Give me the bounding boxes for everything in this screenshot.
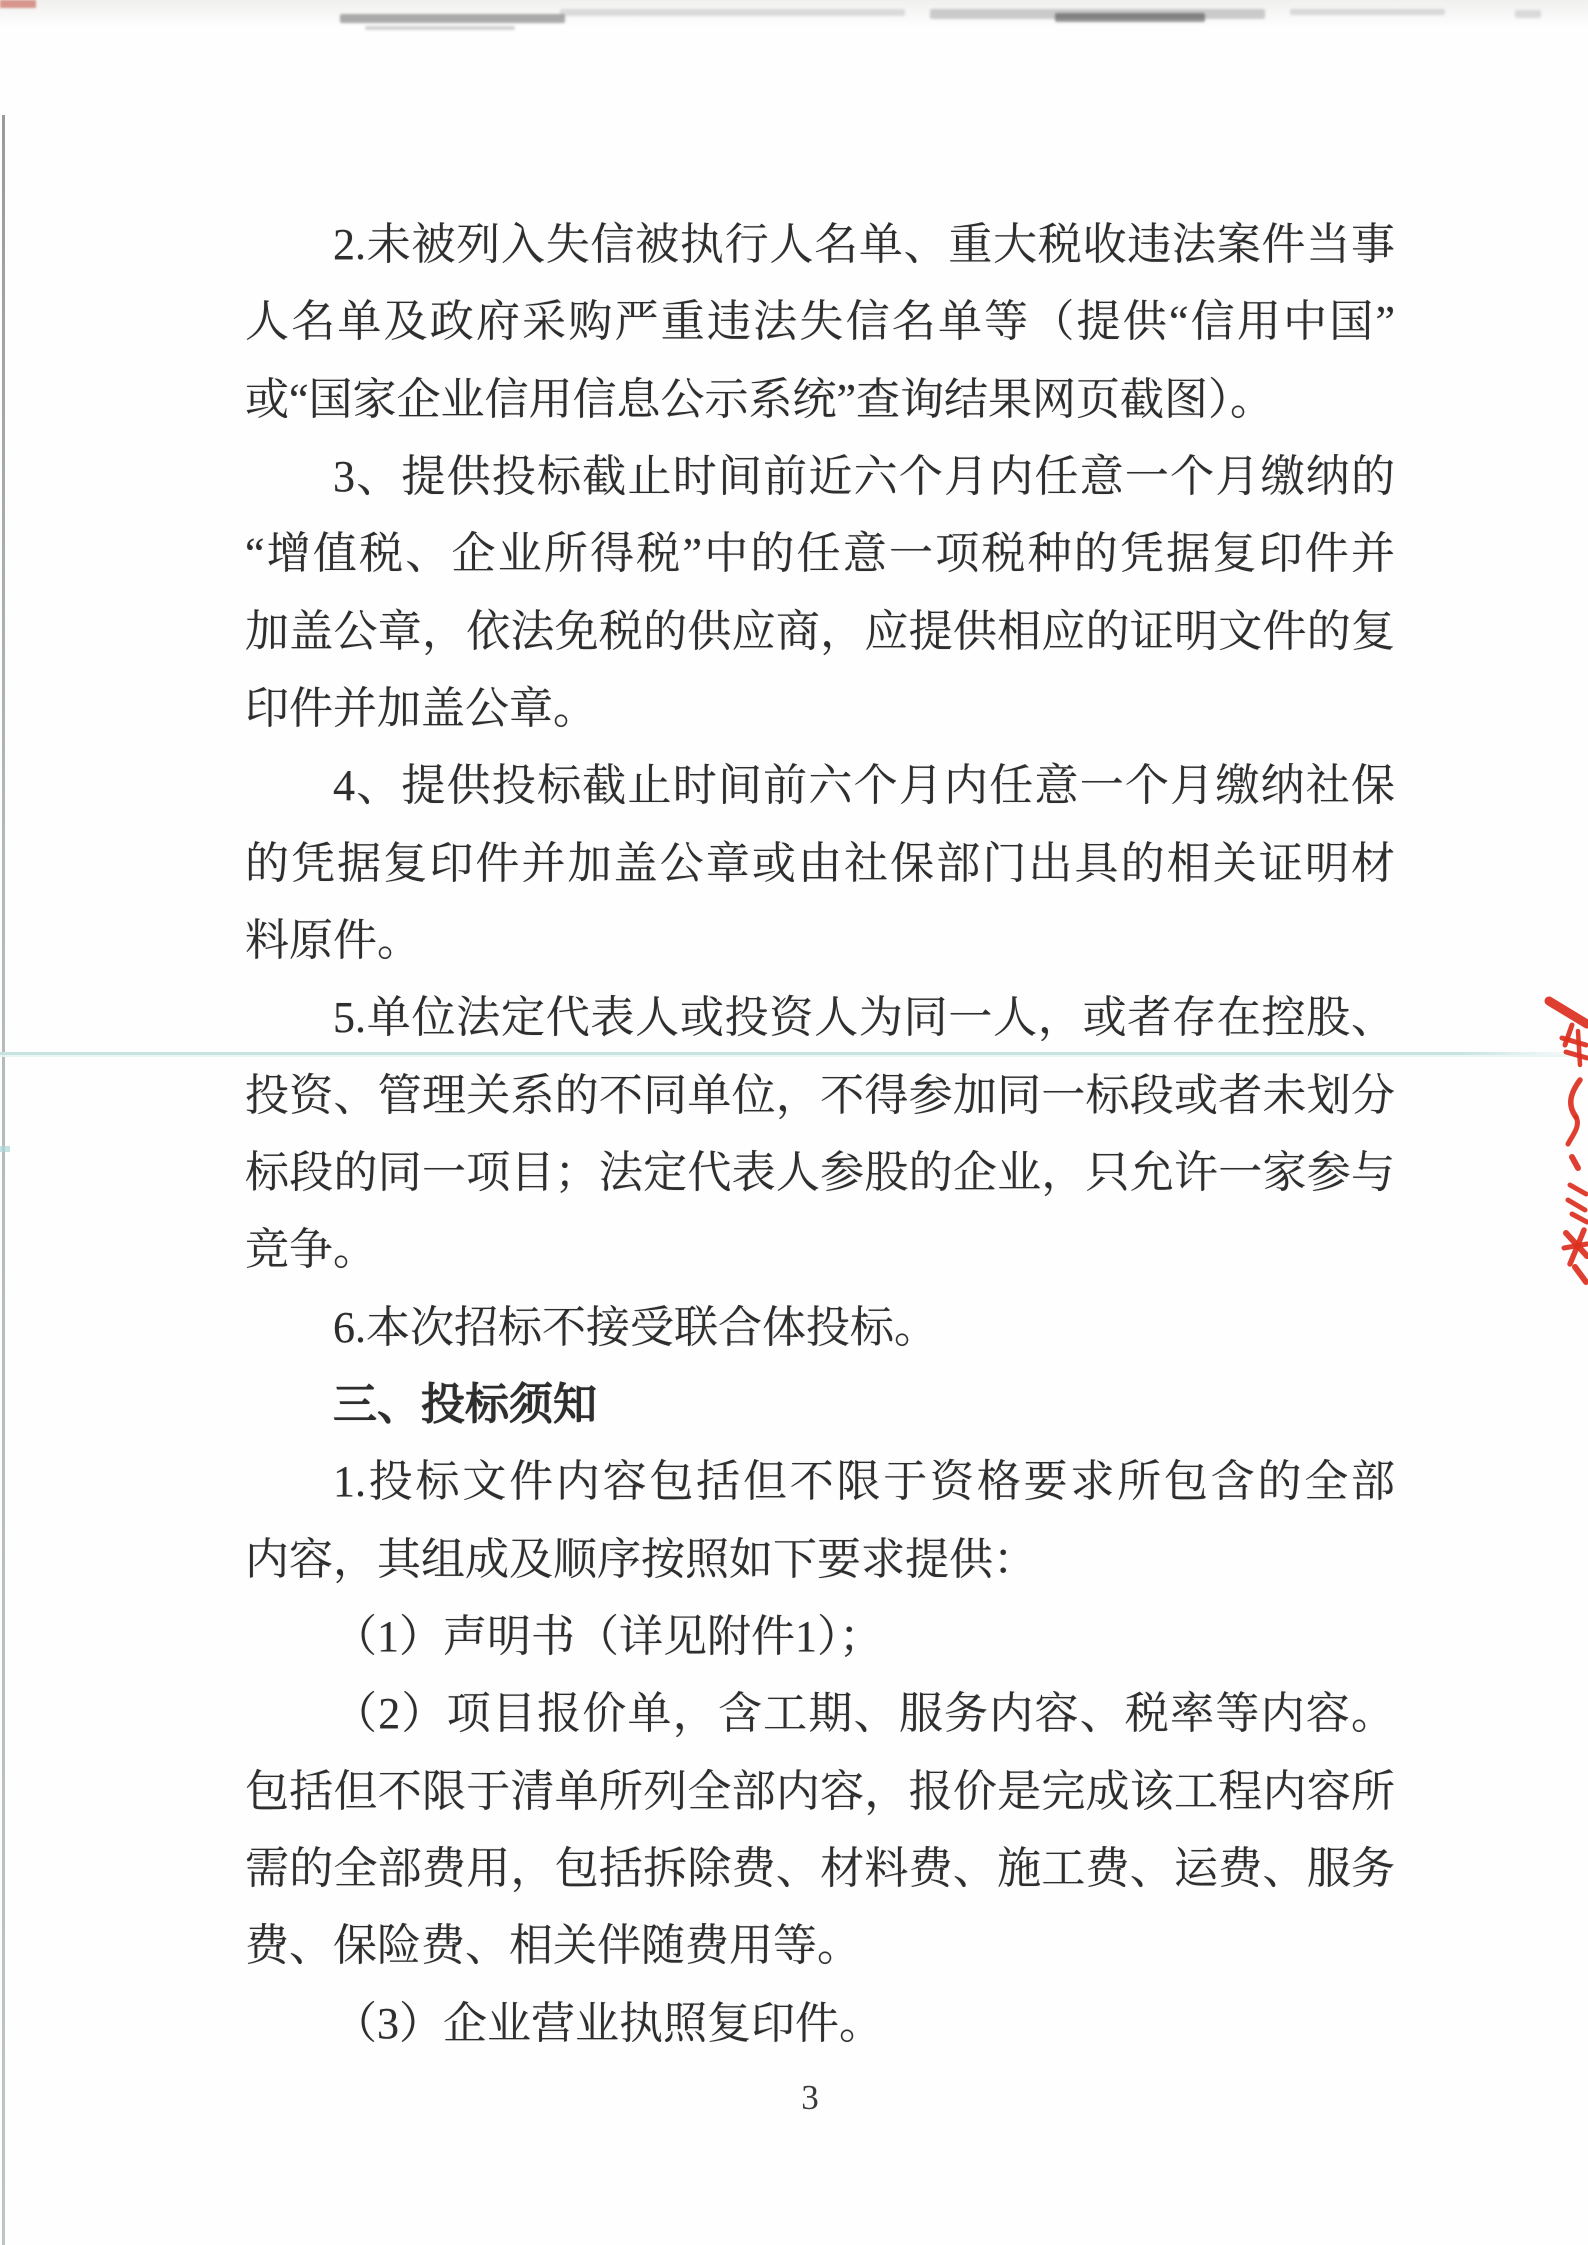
text-lines: 2.未被列入失信被执行人名单、重大税收违法案件当事人名单及政府采购严重违法失信名…	[245, 206, 1395, 2062]
text-line: 印件并加盖公章。	[245, 670, 1395, 747]
text-line: 4、提供投标截止时间前六个月内任意一个月缴纳社保	[245, 747, 1395, 824]
text-line: 需的全部费用，包括拆除费、材料费、施工费、运费、服务	[245, 1830, 1395, 1907]
red-seal-stamp	[1542, 985, 1588, 1285]
text-line: 竞争。	[245, 1211, 1395, 1288]
text-line: 或“国家企业信用信息公示系统”查询结果网页截图）。	[245, 361, 1395, 438]
scan-smudge	[1515, 10, 1541, 18]
text-line: 料原件。	[245, 902, 1395, 979]
text-line: 3、提供投标截止时间前近六个月内任意一个月缴纳的	[245, 438, 1395, 515]
text-line: （2）项目报价单，含工期、服务内容、税率等内容。	[245, 1675, 1395, 1752]
text-line: 的凭据复印件并加盖公章或由社保部门出具的相关证明材	[245, 825, 1395, 902]
left-edge-scan-line	[2, 115, 5, 2245]
scan-smudge	[560, 9, 905, 16]
document-page: 2.未被列入失信被执行人名单、重大税收违法案件当事人名单及政府采购严重违法失信名…	[0, 0, 1588, 2245]
text-line: 加盖公章，依法免税的供应商，应提供相应的证明文件的复	[245, 593, 1395, 670]
text-line: 内容，其组成及顺序按照如下要求提供：	[245, 1521, 1395, 1598]
text-line: 6.本次招标不接受联合体投标。	[245, 1289, 1395, 1366]
text-line: 三、投标须知	[245, 1366, 1395, 1443]
text-line: “增值税、企业所得税”中的任意一项税种的凭据复印件并	[245, 515, 1395, 592]
scan-smudge	[1290, 9, 1445, 15]
text-line: 包括但不限于清单所列全部内容，报价是完成该工程内容所	[245, 1753, 1395, 1830]
text-line: （3）企业营业执照复印件。	[245, 1985, 1395, 2062]
fold-line-speck	[0, 1146, 10, 1152]
scan-noise-top-band	[0, 0, 1588, 32]
text-line: 费、保险费、相关伴随费用等。	[245, 1907, 1395, 1984]
scan-smudge	[1055, 13, 1205, 22]
text-line: 5.单位法定代表人或投资人为同一人，或者存在控股、	[245, 979, 1395, 1056]
text-line: 人名单及政府采购严重违法失信名单等（提供“信用中国”	[245, 283, 1395, 360]
scan-smudge	[365, 26, 515, 30]
text-line: 1.投标文件内容包括但不限于资格要求所包含的全部	[245, 1443, 1395, 1520]
text-line: 投资、管理关系的不同单位，不得参加同一标段或者未划分	[245, 1057, 1395, 1134]
corner-red-mark	[0, 0, 36, 8]
text-line: 2.未被列入失信被执行人名单、重大税收违法案件当事	[245, 206, 1395, 283]
text-line: （1）声明书（详见附件1）；	[245, 1598, 1395, 1675]
page-number: 3	[770, 2078, 850, 2118]
scan-smudge	[340, 14, 565, 23]
text-line: 标段的同一项目；法定代表人参股的企业，只允许一家参与	[245, 1134, 1395, 1211]
red-seal-stamp-strokes	[1542, 985, 1588, 1285]
